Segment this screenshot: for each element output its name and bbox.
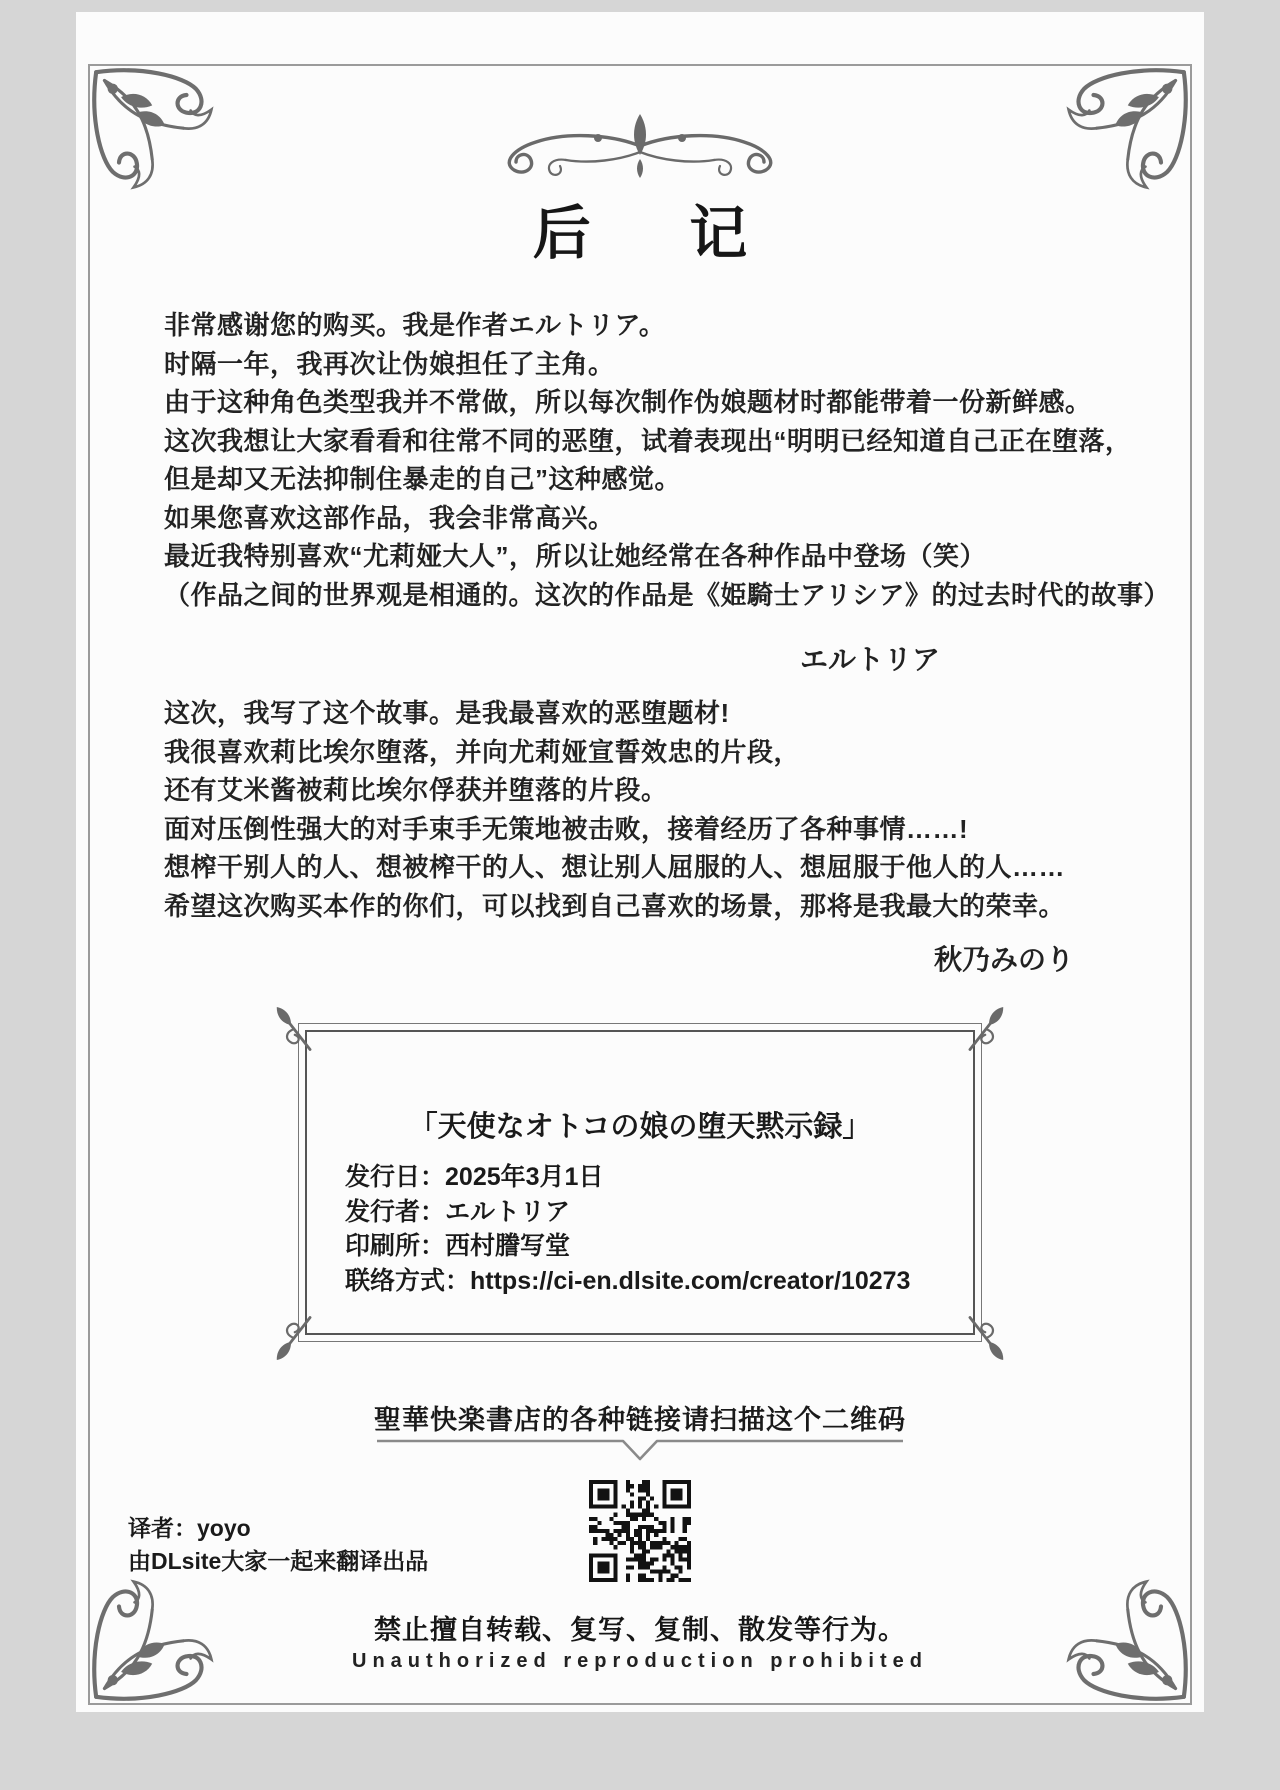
colophon-row: 发行者：エルトリア: [345, 1195, 910, 1230]
author-signature: エルトリア: [800, 638, 940, 678]
qr-caption: 聖華快楽書店的各种链接请扫描这个二维码: [0, 1398, 1280, 1437]
text-line: 面对压倒性强大的对手束手无策地被击败，接着经历了各种事情……!: [164, 810, 1065, 849]
text-line: 最近我特别喜欢“尤莉娅大人”，所以让她经常在各种作品中登场（笑）: [164, 537, 1170, 576]
text-line: 还有艾米酱被莉比埃尔俘获并堕落的片段。: [164, 771, 1065, 810]
credit-line: 由DLsite大家一起来翻译出品: [128, 1545, 428, 1578]
text-line: 由于这种角色类型我并不常做，所以每次制作伪娘题材时都能带着一份新鲜感。: [164, 383, 1170, 422]
text-line: 希望这次购买本作的你们，可以找到自己喜欢的场景，那将是我最大的荣幸。: [164, 887, 1065, 926]
book-title: 「天使なオトコの娘の堕天黙示録」: [307, 1104, 973, 1145]
writer-signature: 秋乃みのり: [934, 938, 1074, 978]
text-line: 但是却又无法抑制住暴走的自己”这种感觉。: [164, 460, 1170, 499]
text-line: 想榨干别人的人、想被榨干的人、想让别人屈服的人、想屈服于他人的人……: [164, 848, 1065, 887]
colophon-label: 发行者：: [345, 1198, 445, 1226]
colophon-label: 发行日：: [345, 1163, 445, 1191]
corner-flourish-icon: [1053, 68, 1188, 203]
colophon-label: 印刷所：: [345, 1232, 445, 1260]
prohibition-notice-zh: 禁止擅自转载、复写、复制、散发等行为。: [0, 1608, 1280, 1647]
colophon-rows: 发行日：2025年3月1日 发行者：エルトリア 印刷所：西村謄写堂 联络方式：h…: [345, 1160, 910, 1298]
colophon-value: 西村謄写堂: [445, 1232, 570, 1260]
colophon-row: 发行日：2025年3月1日: [345, 1160, 910, 1195]
text-line: 我很喜欢莉比埃尔堕落，并向尤莉娅宣誓效忠的片段，: [164, 733, 1065, 772]
text-line: （作品之间的世界观是相通的。这次的作品是《姫騎士アリシア》的过去时代的故事）: [164, 576, 1170, 615]
afterword-paragraph-2: 这次，我写了这个故事。是我最喜欢的恶堕题材!我很喜欢莉比埃尔堕落，并向尤莉娅宣誓…: [164, 694, 1065, 925]
colophon-value: 2025年3月1日: [445, 1163, 603, 1191]
prohibition-notice-en: Unauthorized reproduction prohibited: [0, 1650, 1280, 1673]
text-line: 这次我想让大家看看和往常不同的恶堕，试着表现出“明明已经知道自己正在堕落，: [164, 422, 1170, 461]
corner-flourish-icon: [92, 68, 227, 203]
translator-credits: 译者：yoyo由DLsite大家一起来翻译出品: [128, 1512, 428, 1578]
divider-flourish-icon: [470, 112, 810, 184]
afterword-paragraph-1: 非常感谢您的购买。我是作者エルトリア。时隔一年，我再次让伪娘担任了主角。由于这种…: [164, 306, 1170, 614]
text-line: 这次，我写了这个故事。是我最喜欢的恶堕题材!: [164, 694, 1065, 733]
page-title: 后记: [0, 186, 1280, 270]
afterword-page: 后记 非常感谢您的购买。我是作者エルトリア。时隔一年，我再次让伪娘担任了主角。由…: [0, 0, 1280, 1790]
colophon-label: 联络方式：: [345, 1267, 470, 1295]
text-line: 如果您喜欢这部作品，我会非常高兴。: [164, 499, 1170, 538]
credit-line: 译者：yoyo: [128, 1512, 428, 1545]
qr-code: [581, 1472, 699, 1590]
colophon-row: 联络方式：https://ci-en.dlsite.com/creator/10…: [345, 1264, 910, 1299]
colophon-value: エルトリア: [445, 1198, 570, 1226]
colophon-row: 印刷所：西村謄写堂: [345, 1229, 910, 1264]
colophon-value: https://ci-en.dlsite.com/creator/10273: [470, 1267, 910, 1295]
colophon-box: 「天使なオトコの娘の堕天黙示録」 发行日：2025年3月1日 发行者：エルトリア…: [305, 1030, 975, 1335]
text-line: 时隔一年，我再次让伪娘担任了主角。: [164, 345, 1170, 384]
text-line: 非常感谢您的购买。我是作者エルトリア。: [164, 306, 1170, 345]
down-notch-divider-icon: [375, 1438, 905, 1464]
